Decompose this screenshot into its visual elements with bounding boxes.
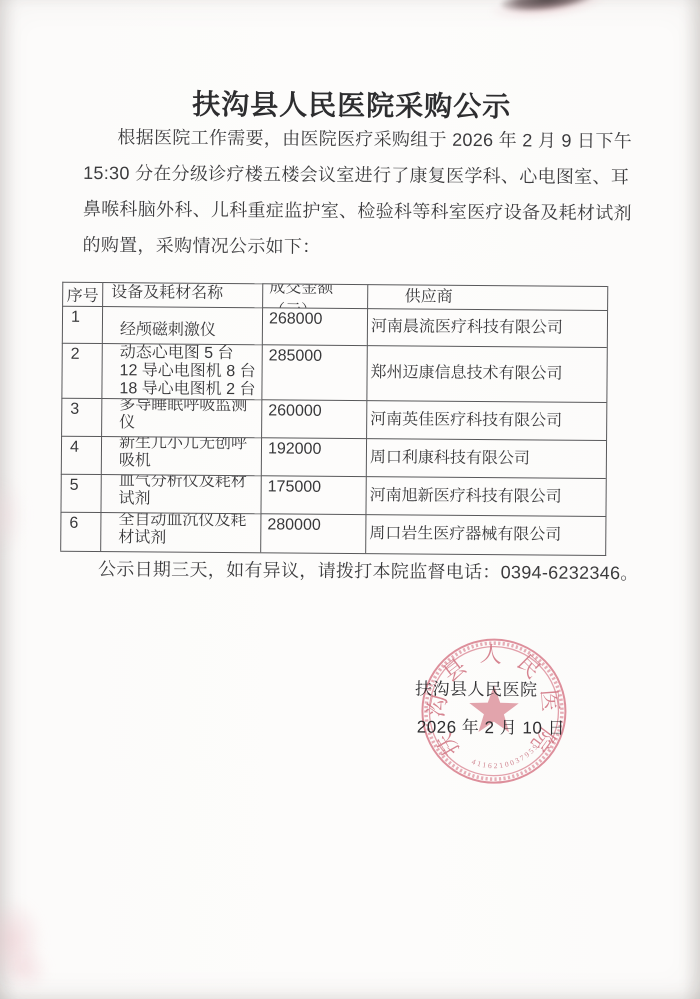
table-row: 3 多导睡眠呼吸监测仪 260000 河南英佳医疗科技有限公司 [61, 398, 606, 440]
document-title: 扶沟县人民医院采购公示 [2, 81, 700, 126]
scan-artifact-smudge [2, 948, 50, 992]
table-row: 6 全自动血沉仪及耗材试剂 280000 周口岩生医疗器械有限公司 [60, 512, 605, 555]
cell-supplier: 河南英佳医疗科技有限公司 [366, 400, 606, 440]
cell-equipment: 新生儿小儿无创呼吸机 [101, 436, 261, 475]
cell-equipment: 多导睡眠呼吸监测仪 [101, 398, 261, 437]
cell-supplier: 郑州迈康信息技术有限公司 [366, 345, 606, 402]
cell-no: 1 [62, 306, 102, 343]
cell-equipment: 血气分析仪及耗材试剂 [100, 474, 260, 513]
supplier-name: 河南旭新医疗科技有限公司 [370, 487, 606, 507]
equipment-line: 全自动血沉仪及耗材试剂 [118, 512, 260, 548]
equipment-line: 动态心电图 5 台 [120, 344, 262, 363]
cell-supplier: 河南晨流医疗科技有限公司 [367, 308, 607, 347]
header-no: 序号 [62, 282, 102, 306]
cell-amount: 285000 [261, 344, 366, 400]
cell-supplier: 周口岩生医疗器械有限公司 [365, 514, 605, 555]
table-row: 4 新生儿小儿无创呼吸机 192000 周口利康科技有限公司 [61, 436, 606, 478]
cell-equipment: 全自动血沉仪及耗材试剂 [100, 512, 260, 552]
equipment-line: 12 导心电图机 8 台 [120, 362, 262, 381]
equipment-line: 血气分析仪及耗材试剂 [119, 474, 261, 509]
cell-equipment: 动态心电图 5 台 12 导心电图机 8 台 18 导心电图机 2 台 [101, 343, 261, 399]
cell-equipment: 经颅磁刺激仪 [102, 306, 262, 344]
procurement-table: 序号 设备及耗材名称 成交金额（元） 供应商 1 经颅磁刺激仪 268000 河… [60, 282, 608, 556]
scanned-document-page: 扶沟县人民医院采购公示 根据医院工作需要，由医院医疗采购组于 2026 年 2 … [0, 0, 700, 999]
table-row: 2 动态心电图 5 台 12 导心电图机 8 台 18 导心电图机 2 台 28… [61, 343, 606, 402]
cell-amount: 260000 [261, 399, 366, 438]
intro-line: 鼻喉科脑外科、儿科重症监护室、检验科等科室医疗设备及耗材试剂 [83, 198, 628, 224]
cell-no: 2 [61, 343, 101, 398]
equipment-line: 新生儿小儿无创呼吸机 [119, 436, 261, 471]
cell-no: 3 [61, 398, 101, 436]
equipment-line: 18 导心电图机 2 台 [119, 380, 261, 399]
table-row: 1 经颅磁刺激仪 268000 河南晨流医疗科技有限公司 [62, 306, 607, 347]
signature-organization: 扶沟县人民医院 [415, 675, 538, 701]
supplier-name: 周口利康科技有限公司 [370, 449, 606, 469]
intro-line: 根据医院工作需要，由医院医疗采购组于 2026 年 2 月 9 日下午 [83, 126, 628, 152]
cell-supplier: 周口利康科技有限公司 [366, 438, 606, 478]
intro-line: 的购置，采购情况公示如下： [82, 234, 627, 260]
intro-paragraph: 根据医院工作需要，由医院医疗采购组于 2026 年 2 月 9 日下午 15:3… [82, 126, 628, 274]
cell-amount: 268000 [262, 307, 367, 345]
cell-amount: 192000 [261, 437, 366, 476]
cell-amount: 175000 [260, 475, 365, 514]
equipment-line: 经颅磁刺激仪 [120, 321, 262, 340]
supplier-name: 郑州迈康信息技术有限公司 [371, 364, 607, 384]
cell-no: 5 [60, 474, 100, 512]
intro-line: 15:30 分在分级诊疗楼五楼会议室进行了康复医学科、心电图室、耳 [83, 162, 628, 188]
header-amount: 成交金额（元） [262, 283, 367, 308]
supplier-name: 河南英佳医疗科技有限公司 [370, 411, 606, 431]
document-content: 扶沟县人民医院采购公示 根据医院工作需要，由医院医疗采购组于 2026 年 2 … [0, 0, 700, 999]
equipment-line: 多导睡眠呼吸监测仪 [119, 398, 261, 433]
cell-no: 4 [61, 436, 101, 474]
official-seal-stamp: 扶沟县人民医院 4116210037959 [413, 631, 574, 792]
cell-no: 6 [60, 512, 100, 551]
signature-date: 2026 年 2 月 10 日 [417, 713, 566, 739]
header-equipment: 设备及耗材名称 [102, 282, 262, 307]
cell-supplier: 河南旭新医疗科技有限公司 [365, 476, 605, 516]
header-supplier: 供应商 [367, 284, 607, 310]
supplier-name: 周口岩生医疗器械有限公司 [369, 525, 605, 545]
table-row: 5 血气分析仪及耗材试剂 175000 河南旭新医疗科技有限公司 [60, 474, 605, 516]
supplier-name: 河南晨流医疗科技有限公司 [371, 318, 607, 338]
cell-amount: 280000 [260, 513, 365, 553]
closing-line: 公示日期三天，如有异议，请拨打本院监督电话：0394-6232346。 [98, 555, 639, 585]
